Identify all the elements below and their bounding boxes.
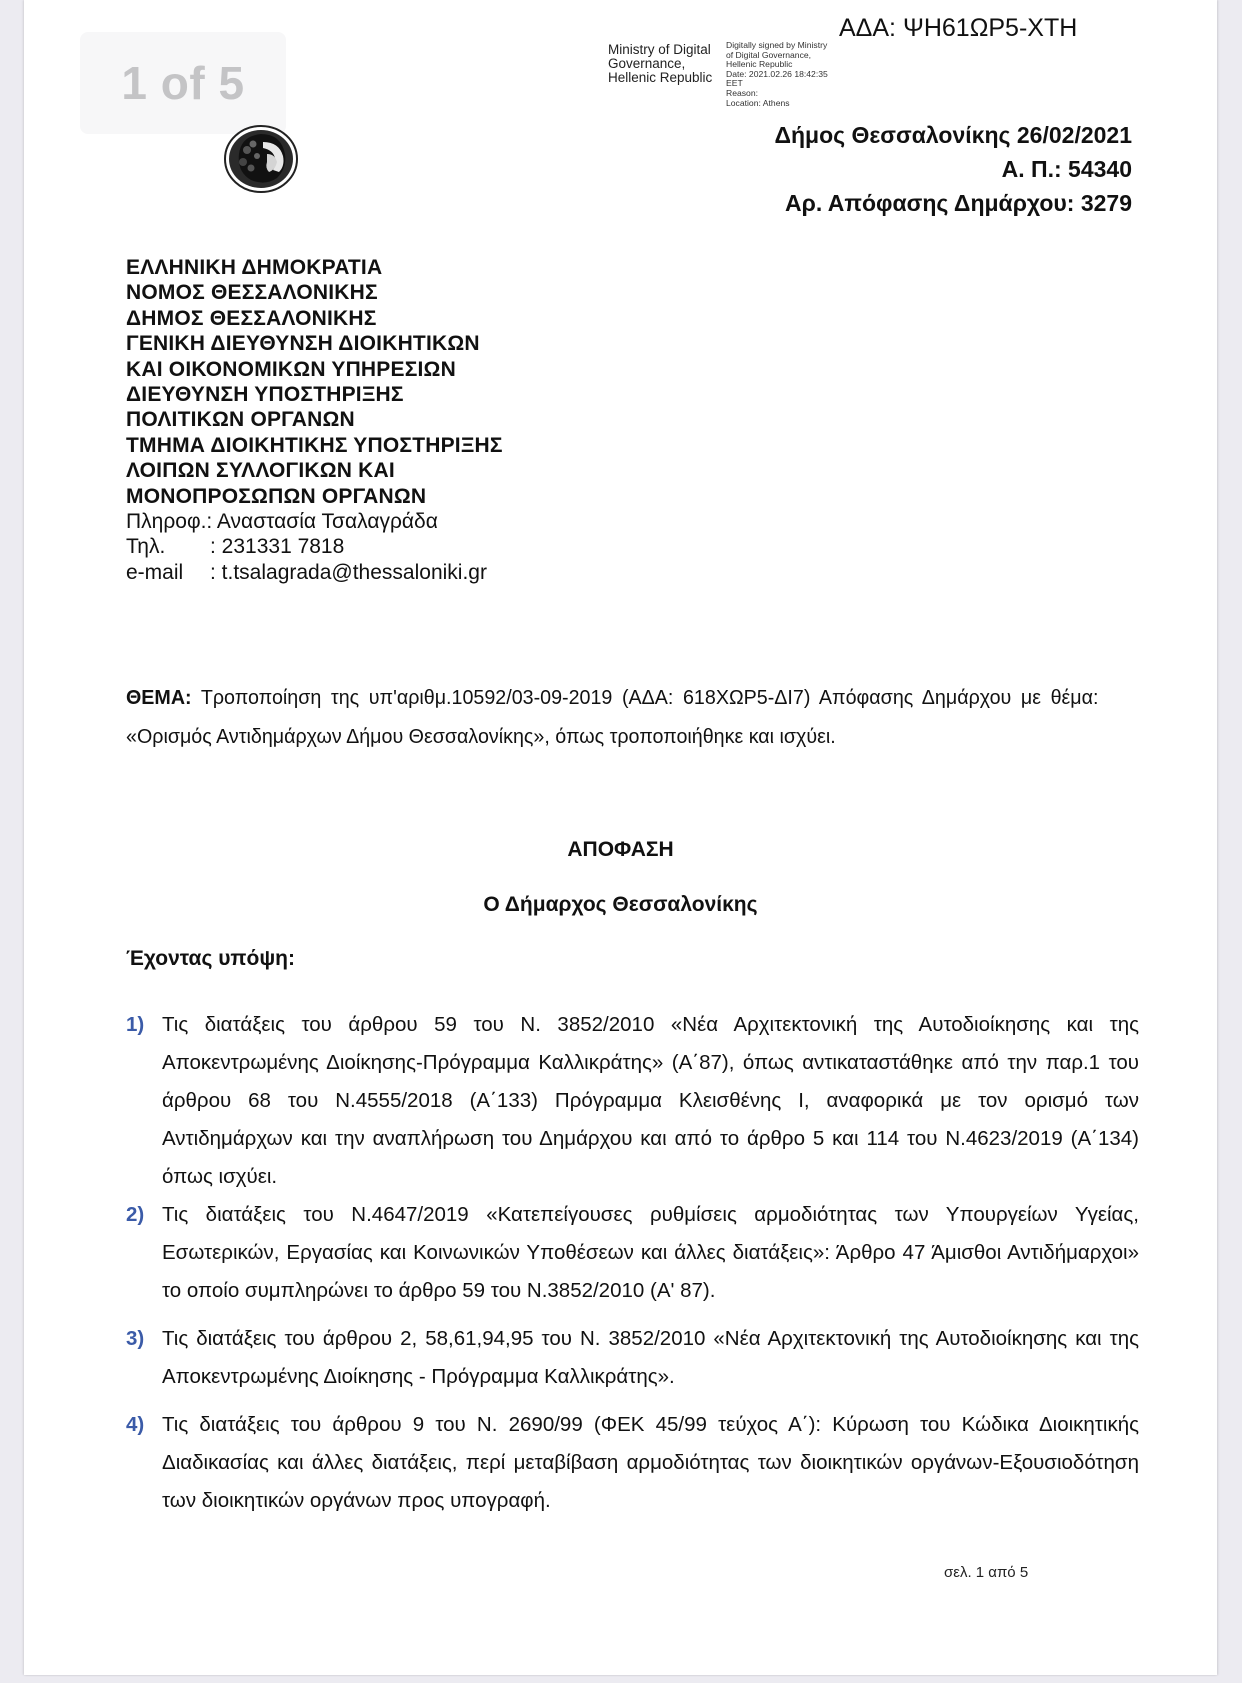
organization-block: ΕΛΛΗΝΙΚΗ ΔΗΜΟΚΡΑΤΙΑ ΝΟΜΟΣ ΘΕΣΣΑΛΟΝΙΚΗΣ Δ… bbox=[126, 255, 503, 585]
email-value: : t.tsalagrada@thessaloniki.gr bbox=[210, 560, 487, 585]
page-indicator: 1 of 5 bbox=[80, 32, 286, 134]
mayor-title: Ο Δήμαρχος Θεσσαλονίκης bbox=[24, 893, 1217, 917]
phone-row: Τηλ. : 231331 7818 bbox=[126, 534, 503, 559]
document-header-info: Δήμος Θεσσαλονίκης 26/02/2021 Α. Π.: 543… bbox=[774, 118, 1132, 220]
list-item-number: 1) bbox=[126, 1006, 144, 1044]
list-item-text: Τις διατάξεις του άρθρου 2, 58,61,94,95 … bbox=[162, 1327, 1139, 1388]
email-label: e-mail bbox=[126, 560, 210, 585]
phone-value: : 231331 7818 bbox=[210, 534, 344, 559]
page-indicator-text: 1 of 5 bbox=[121, 56, 244, 110]
digital-signer: Ministry of Digital Governance, Hellenic… bbox=[608, 43, 712, 85]
list-item-number: 4) bbox=[126, 1406, 144, 1444]
subject-paragraph: ΘΕΜΑ: Τροποποίηση της υπ'αριθμ.10592/03-… bbox=[126, 678, 1098, 756]
page-footer-number: σελ. 1 από 5 bbox=[944, 1564, 1028, 1581]
org-line: ΕΛΛΗΝΙΚΗ ΔΗΜΟΚΡΑΤΙΑ bbox=[126, 255, 503, 280]
protocol-number: Α. Π.: 54340 bbox=[774, 152, 1132, 186]
list-item: 3) Τις διατάξεις του άρθρου 2, 58,61,94,… bbox=[126, 1320, 1139, 1396]
subject-text: Τροποποίηση της υπ'αριθμ.10592/03-09-201… bbox=[126, 686, 1098, 748]
subject-label: ΘΕΜΑ: bbox=[126, 686, 192, 709]
phone-label: Τηλ. bbox=[126, 534, 210, 559]
signature-details: Digitally signed by Ministry of Digital … bbox=[726, 41, 828, 108]
document-page: 1 of 5 ΑΔΑ: ΨΗ61ΩΡ5-ΧΤΗ Ministry of Digi… bbox=[24, 0, 1217, 1675]
list-item: 4) Τις διατάξεις του άρθρου 9 του Ν. 269… bbox=[126, 1406, 1139, 1520]
signer-line: Governance, bbox=[608, 57, 712, 71]
info-contact: Πληροφ.: Αναστασία Τσαλαγράδα bbox=[126, 509, 503, 534]
org-line: ΛΟΙΠΩΝ ΣΥΛΛΟΓΙΚΩΝ ΚΑΙ bbox=[126, 458, 503, 483]
municipality-date: Δήμος Θεσσαλονίκης 26/02/2021 bbox=[774, 118, 1132, 152]
decision-number: Αρ. Απόφασης Δημάρχου: 3279 bbox=[774, 186, 1132, 220]
org-line: ΚΑΙ ΟΙΚΟΝΟΜΙΚΩΝ ΥΠΗΡΕΣΙΩΝ bbox=[126, 357, 503, 382]
list-item-number: 3) bbox=[126, 1320, 144, 1358]
org-line: ΔΗΜΟΣ ΘΕΣΣΑΛΟΝΙΚΗΣ bbox=[126, 306, 503, 331]
email-row: e-mail : t.tsalagrada@thessaloniki.gr bbox=[126, 560, 503, 585]
org-line: ΠΟΛΙΤΙΚΩΝ ΟΡΓΑΝΩΝ bbox=[126, 407, 503, 432]
considerations-list: 1) Τις διατάξεις του άρθρου 59 του Ν. 38… bbox=[126, 1006, 1139, 1520]
org-line: ΜΟΝΟΠΡΟΣΩΠΩΝ ΟΡΓΑΝΩΝ bbox=[126, 484, 503, 509]
org-line: ΝΟΜΟΣ ΘΕΣΣΑΛΟΝΙΚΗΣ bbox=[126, 280, 503, 305]
list-item-text: Τις διατάξεις του άρθρου 59 του Ν. 3852/… bbox=[162, 1013, 1139, 1188]
list-item-text: Τις διατάξεις του Ν.4647/2019 «Κατεπείγο… bbox=[162, 1203, 1139, 1302]
signer-line: Hellenic Republic bbox=[608, 71, 712, 85]
list-item-number: 2) bbox=[126, 1196, 144, 1234]
list-item-text: Τις διατάξεις του άρθρου 9 του Ν. 2690/9… bbox=[162, 1413, 1139, 1512]
signer-line: Ministry of Digital bbox=[608, 43, 712, 57]
coin-emblem-icon bbox=[223, 124, 299, 194]
decision-title: ΑΠΟΦΑΣΗ bbox=[24, 838, 1217, 862]
list-item: 1) Τις διατάξεις του άρθρου 59 του Ν. 38… bbox=[126, 1006, 1139, 1196]
ada-code: ΑΔΑ: ΨΗ61ΩΡ5-ΧΤΗ bbox=[839, 14, 1077, 43]
org-line: ΔΙΕΥΘΥΝΣΗ ΥΠΟΣΤΗΡΙΞΗΣ bbox=[126, 382, 503, 407]
org-line: ΤΜΗΜΑ ΔΙΟΙΚΗΤΙΚΗΣ ΥΠΟΣΤΗΡΙΞΗΣ bbox=[126, 433, 503, 458]
signature-detail-line: Location: Athens bbox=[726, 99, 828, 109]
org-line: ΓΕΝΙΚΗ ΔΙΕΥΘΥΝΣΗ ΔΙΟΙΚΗΤΙΚΩΝ bbox=[126, 331, 503, 356]
list-item: 2) Τις διατάξεις του Ν.4647/2019 «Κατεπε… bbox=[126, 1196, 1139, 1310]
considering-heading: Έχοντας υπόψη: bbox=[126, 947, 295, 971]
